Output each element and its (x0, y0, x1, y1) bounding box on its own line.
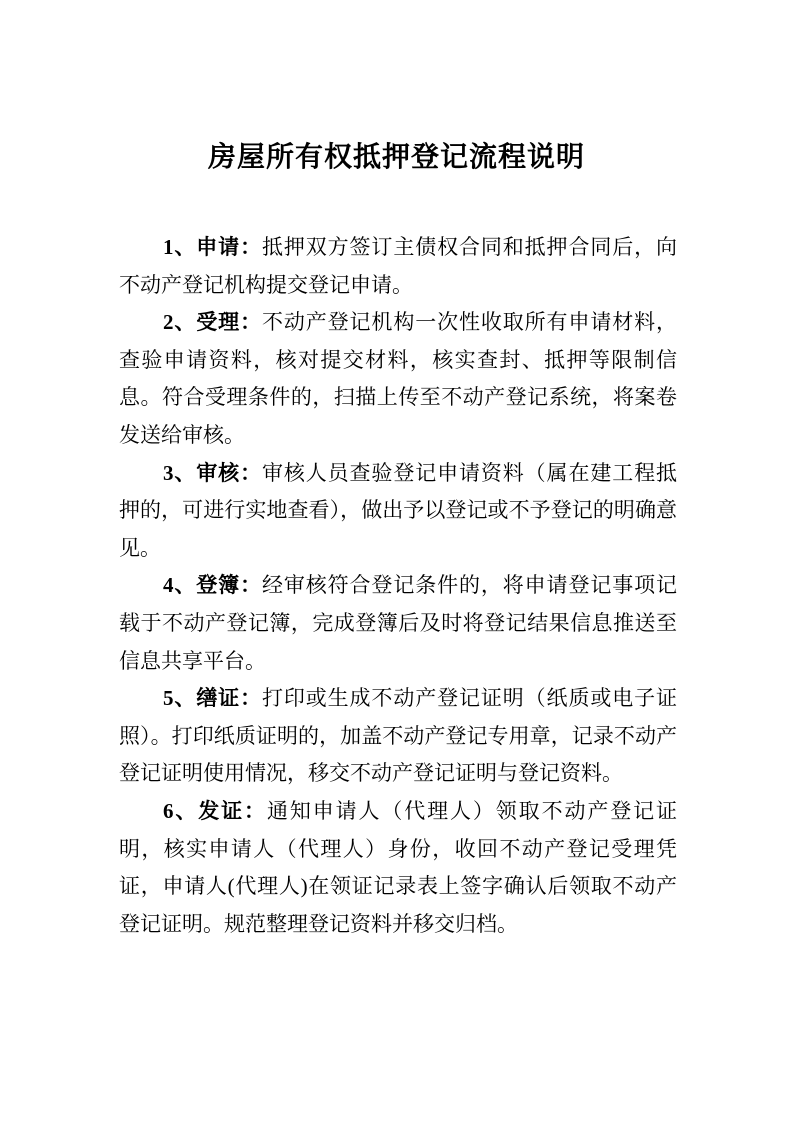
step-label-1: 1、申请： (163, 235, 262, 259)
document-page: 房屋所有权抵押登记流程说明 1、申请：抵押双方签订主债权合同和抵押合同后，向不动… (0, 0, 793, 1122)
step-label-3: 3、审核： (163, 461, 262, 485)
step-label-5: 5、缮证： (163, 686, 262, 710)
step-paragraph-1: 1、申请：抵押双方签订主债权合同和抵押合同后，向不动产登记机构提交登记申请。 (119, 229, 677, 304)
step-paragraph-5: 5、缮证：打印或生成不动产登记证明（纸质或电子证照）。打印纸质证明的，加盖不动产… (119, 680, 677, 793)
document-body: 1、申请：抵押双方签订主债权合同和抵押合同后，向不动产登记机构提交登记申请。 2… (119, 229, 677, 943)
step-paragraph-3: 3、审核：审核人员查验登记申请资料（属在建工程抵押的，可进行实地查看），做出予以… (119, 455, 677, 568)
step-paragraph-6: 6、发证：通知申请人（代理人）领取不动产登记证明，核实申请人（代理人）身份，收回… (119, 793, 677, 943)
step-paragraph-4: 4、登簿：经审核符合登记条件的，将申请登记事项记载于不动产登记簿，完成登簿后及时… (119, 567, 677, 680)
step-paragraph-2: 2、受理：不动产登记机构一次性收取所有申请材料，查验申请资料，核对提交材料，核实… (119, 304, 677, 454)
document-title: 房屋所有权抵押登记流程说明 (0, 0, 793, 176)
step-label-2: 2、受理： (163, 310, 262, 334)
step-label-4: 4、登簿： (163, 573, 262, 597)
step-label-6: 6、发证： (163, 799, 267, 823)
